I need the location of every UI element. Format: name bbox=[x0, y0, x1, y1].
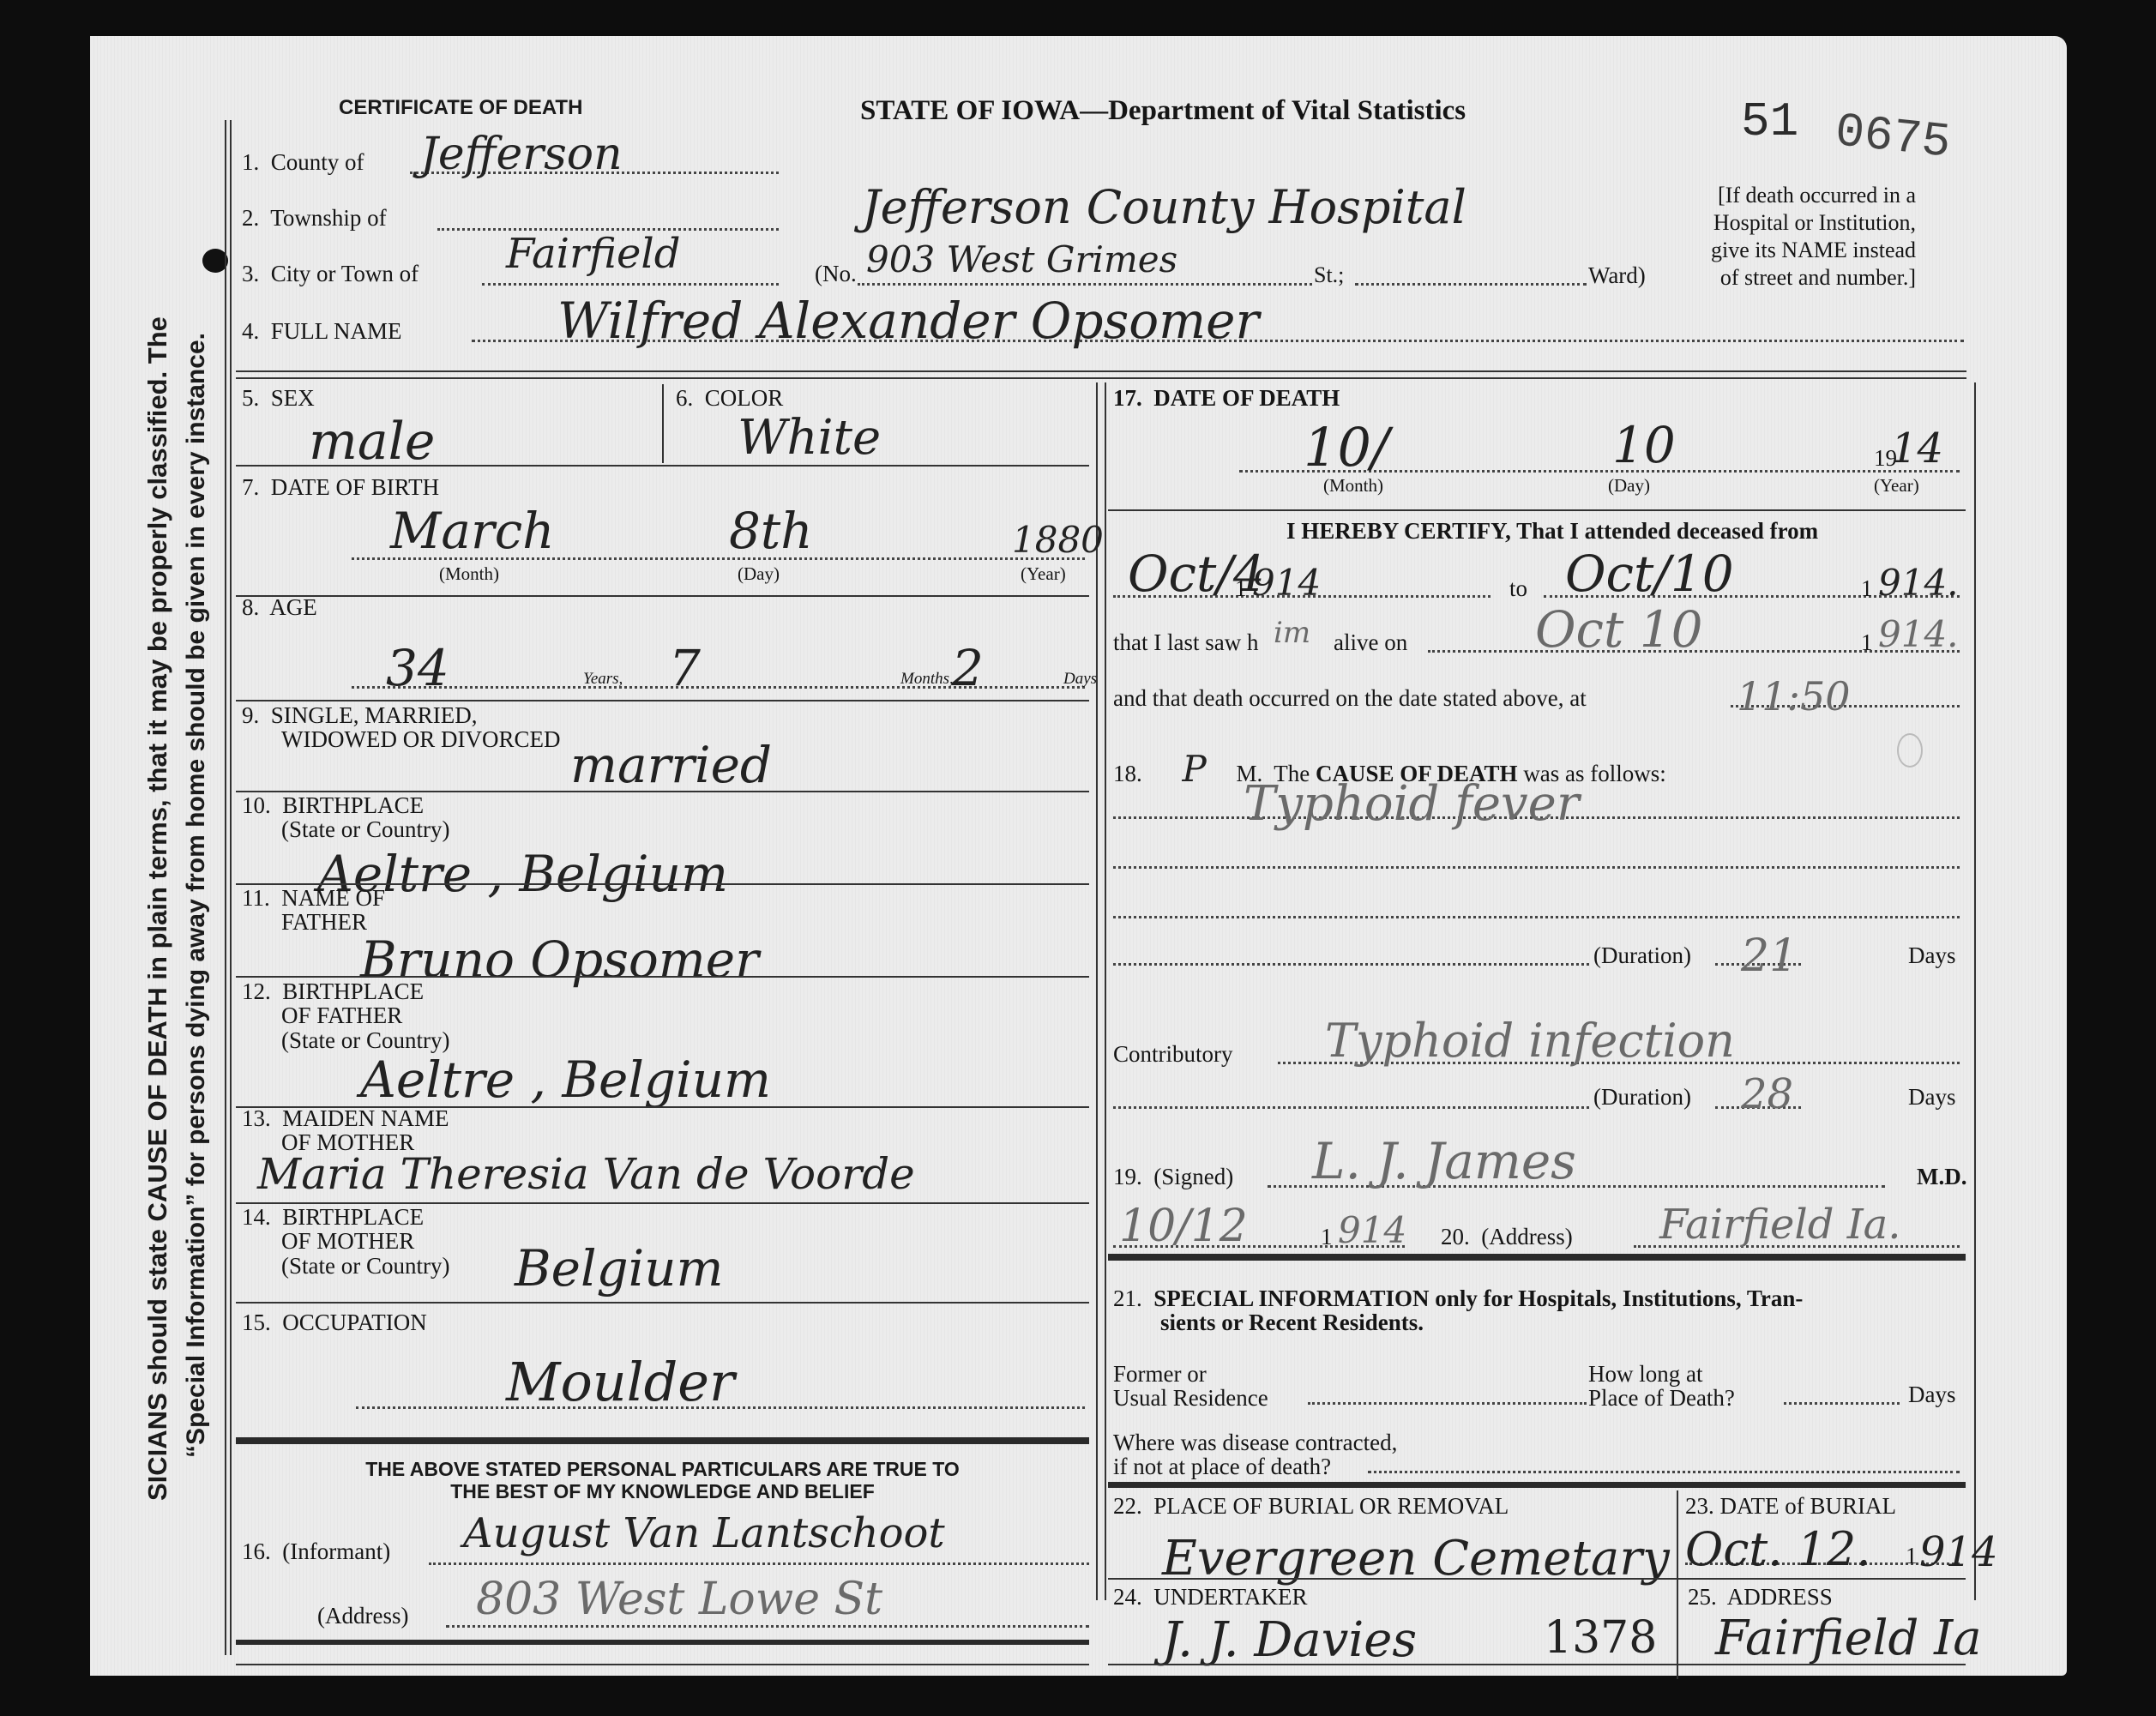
certify-to-year-prefix: 1 bbox=[1861, 576, 1873, 600]
column-divider bbox=[1096, 382, 1098, 1600]
caption-year: (Year) bbox=[1021, 564, 1066, 583]
certify-alive-on-year: 914. bbox=[1878, 613, 1959, 655]
certificate-number-prefix: 51 bbox=[1741, 94, 1798, 149]
field-age-months: 7 bbox=[669, 639, 701, 697]
field-physician-address-label: 20. (Address) bbox=[1441, 1225, 1573, 1249]
certify-to-label: to bbox=[1509, 576, 1527, 600]
certify-occurred-label: and that death occurred on the date stat… bbox=[1113, 686, 1587, 710]
burial-year-value: 914 bbox=[1919, 1528, 1998, 1576]
faint-circle-mark bbox=[1897, 733, 1923, 768]
special-info-heading: 21. SPECIAL INFORMATION only for Hospita… bbox=[1113, 1286, 1803, 1335]
caption-years: Years, bbox=[583, 671, 623, 688]
undertaker-license: 1378 bbox=[1544, 1612, 1657, 1664]
duration-days-label: Days bbox=[1908, 943, 1956, 967]
how-long-days-label: Days bbox=[1908, 1382, 1956, 1406]
certify-from-year: 914 bbox=[1252, 562, 1321, 604]
undertaker-address-label: 25. ADDRESS bbox=[1688, 1585, 1833, 1609]
margin-rule-2 bbox=[230, 120, 232, 1655]
field-cause-value: Typhoid fever bbox=[1244, 776, 1580, 832]
field-occupation-label: 15. OCCUPATION bbox=[242, 1310, 427, 1334]
md-label: M.D. bbox=[1917, 1165, 1966, 1189]
field-contrib-duration-value: 28 bbox=[1741, 1070, 1793, 1118]
field-dod-year: 14 bbox=[1891, 424, 1943, 473]
field-signed-label: 19. (Signed) bbox=[1113, 1165, 1233, 1189]
certify-alive-year-prefix: 1 bbox=[1861, 630, 1873, 654]
state-header: STATE OF IOWA—Department of Vital Statis… bbox=[860, 96, 1466, 126]
field-physician-address-value: Fairfield Ia. bbox=[1659, 1201, 1901, 1249]
field-mother-birthplace-value: Belgium bbox=[515, 1239, 724, 1298]
caption-dod-day: (Day) bbox=[1608, 476, 1650, 495]
where-contracted-label: Where was disease contracted, if not at … bbox=[1113, 1430, 1397, 1479]
field-father-label: 11. NAME OF FATHER bbox=[242, 886, 385, 935]
undertaker-value: J. J. Davies bbox=[1162, 1612, 1417, 1668]
certify-alive-on-label: alive on bbox=[1334, 630, 1407, 654]
margin-rule bbox=[225, 120, 226, 1655]
margin-instruction-line2: “Special Information” for persons dying … bbox=[182, 333, 211, 1458]
field-birthplace-label: 10. BIRTHPLACE (State or Country) bbox=[242, 793, 449, 842]
field-father-birthplace-label: 12. BIRTHPLACE OF FATHER (State or Count… bbox=[242, 979, 449, 1052]
field-signed-date: 10/12 bbox=[1119, 1201, 1248, 1252]
former-residence-label: Former or Usual Residence bbox=[1113, 1362, 1268, 1411]
burial-date-label: 23. DATE of BURIAL bbox=[1685, 1494, 1896, 1518]
contrib-days-label: Days bbox=[1908, 1085, 1956, 1109]
burial-date-value: Oct. 12. bbox=[1685, 1522, 1870, 1576]
certify-alive-on-date: Oct 10 bbox=[1535, 600, 1703, 659]
field-mother-value: Maria Theresia Van de Voorde bbox=[257, 1149, 915, 1199]
hospital-note: [If death occurred in a Hospital or Inst… bbox=[1711, 182, 1916, 292]
field-street-no-label: (No. bbox=[815, 262, 857, 286]
field-dob-day: 8th bbox=[729, 502, 813, 560]
section-divider bbox=[236, 370, 1966, 379]
burial-place-label: 22. PLACE OF BURIAL OR REMOVAL bbox=[1113, 1494, 1509, 1518]
field-fullname-label: 4. FULL NAME bbox=[242, 319, 402, 343]
field-fullname-value: Wilfred Alexander Opsomer bbox=[557, 292, 1259, 350]
contributory-label: Contributory bbox=[1113, 1042, 1233, 1066]
field-township-label: 2. Township of bbox=[242, 206, 387, 230]
certify-to-date: Oct/10 bbox=[1565, 545, 1734, 603]
certify-to-year: 914. bbox=[1878, 562, 1959, 604]
field-mother-label: 13. MAIDEN NAME OF MOTHER bbox=[242, 1106, 449, 1155]
field-dob-year: 1880 bbox=[1012, 519, 1104, 561]
field-informant-label: 16. (Informant) bbox=[242, 1539, 390, 1563]
attestation-statement: THE ABOVE STATED PERSONAL PARTICULARS AR… bbox=[236, 1458, 1089, 1502]
field-occupation-value: Moulder bbox=[506, 1351, 735, 1413]
contrib-duration-label: (Duration) bbox=[1593, 1085, 1691, 1109]
field-sex-value: male bbox=[309, 412, 435, 472]
field-marital-value: married bbox=[570, 736, 772, 794]
right-border bbox=[1974, 382, 1976, 1600]
burial-year-prefix: 1 bbox=[1906, 1544, 1918, 1568]
certify-last-saw-label: that I last saw h bbox=[1113, 630, 1258, 654]
column-divider-2 bbox=[1105, 382, 1106, 1600]
field-age-years: 34 bbox=[386, 639, 449, 697]
certify-intro: I HEREBY CERTIFY, That I attended deceas… bbox=[1286, 519, 1818, 543]
field-informant-address-value: 803 West Lowe St bbox=[476, 1574, 882, 1625]
field-contributory-value: Typhoid infection bbox=[1325, 1014, 1735, 1068]
field-county-value: Jefferson bbox=[420, 129, 623, 180]
field-county-label: 1. County of bbox=[242, 150, 364, 174]
field-st-label: St.; bbox=[1314, 263, 1344, 286]
field-duration-value: 21 bbox=[1741, 930, 1798, 982]
field-street-value: 903 West Grimes bbox=[866, 238, 1177, 280]
field-color-label: 6. COLOR bbox=[676, 386, 783, 410]
field-dob-month: March bbox=[390, 502, 555, 560]
caption-dod-year: (Year) bbox=[1874, 476, 1919, 495]
field-signed-year: 914 bbox=[1338, 1209, 1406, 1251]
field-signed-value: L. J. James bbox=[1312, 1132, 1576, 1190]
field-color-value: White bbox=[738, 410, 881, 466]
caption-month: (Month) bbox=[439, 564, 499, 583]
field-mother-birthplace-label: 14. BIRTHPLACE OF MOTHER (State or Count… bbox=[242, 1205, 449, 1278]
field-city-label: 3. City or Town of bbox=[242, 262, 419, 286]
field-ward-label: Ward) bbox=[1588, 263, 1646, 287]
field-sex-label: 5. SEX bbox=[242, 386, 315, 410]
margin-instruction-line1: SICIANS should state CAUSE OF DEATH in p… bbox=[142, 316, 173, 1501]
caption-day: (Day) bbox=[738, 564, 780, 583]
certify-from-year-prefix: 1 bbox=[1235, 576, 1247, 600]
field-informant-address-label: (Address) bbox=[317, 1604, 408, 1628]
caption-months: Months, bbox=[900, 671, 954, 688]
certificate-title: CERTIFICATE OF DEATH bbox=[339, 96, 582, 120]
field-dod-day: 10 bbox=[1612, 416, 1676, 474]
field-meridiem: P bbox=[1183, 748, 1207, 790]
caption-days: Days bbox=[1063, 671, 1097, 688]
field-hospital-value: Jefferson County Hospital bbox=[862, 180, 1466, 234]
field-dod-month: 10/ bbox=[1304, 416, 1389, 479]
caption-dod-month: (Month) bbox=[1323, 476, 1383, 495]
field-marital-label: 9. SINGLE, MARRIED, WIDOWED OR DIVORCED bbox=[242, 703, 560, 752]
signed-year-prefix: 1 bbox=[1321, 1225, 1333, 1249]
field-dod-label: 17. DATE OF DEATH bbox=[1113, 386, 1340, 410]
field-city-value: Fairfield bbox=[506, 230, 680, 278]
undertaker-address-value: Fairfield Ia bbox=[1715, 1611, 1982, 1666]
certify-pronoun: im bbox=[1274, 616, 1310, 650]
field-dob-label: 7. DATE OF BIRTH bbox=[242, 475, 439, 499]
field-age-label: 8. AGE bbox=[242, 595, 317, 619]
undertaker-label: 24. UNDERTAKER bbox=[1113, 1585, 1307, 1609]
how-long-label: How long at Place of Death? bbox=[1588, 1362, 1735, 1411]
field-father-birthplace-value: Aeltre , Belgium bbox=[360, 1051, 771, 1109]
certify-time: 11:50 bbox=[1737, 673, 1851, 720]
field-age-days: 2 bbox=[952, 639, 984, 697]
field-informant-value: August Van Lantschoot bbox=[463, 1509, 945, 1557]
duration-label: (Duration) bbox=[1593, 943, 1691, 967]
